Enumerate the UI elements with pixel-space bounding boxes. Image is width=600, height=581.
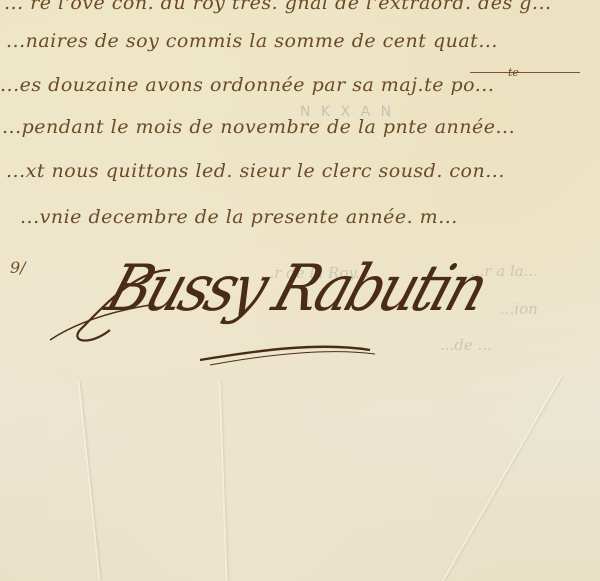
superscript: te [508, 66, 519, 79]
underline-stroke [470, 72, 580, 73]
manuscript-line-3: ...es douzaine avons ordonnée par sa maj… [0, 74, 494, 96]
manuscript-line-6: ...vnie decembre de la presente année. m… [20, 206, 458, 228]
manuscript-line-1: ... re l'ôve con. du roy tres. gnal de l… [4, 0, 552, 14]
signature-text: Bussy Rabutin [98, 251, 494, 326]
folio-mark: 9/ [10, 258, 26, 277]
paper-crease [78, 380, 101, 580]
manuscript-line-4: ...pendant le mois de novembre de la pnt… [2, 116, 515, 138]
paper-crease [218, 380, 227, 581]
document-page: N K X A N ... re l'ôve con. du roy tres.… [0, 0, 600, 581]
manuscript-line-2: ...naires de soy commis la somme de cent… [6, 30, 498, 52]
manuscript-line-5: ...xt nous quittons led. sieur le clerc … [6, 160, 505, 182]
paper-crease [440, 376, 562, 581]
signature: Bussy Rabutin [40, 250, 560, 390]
